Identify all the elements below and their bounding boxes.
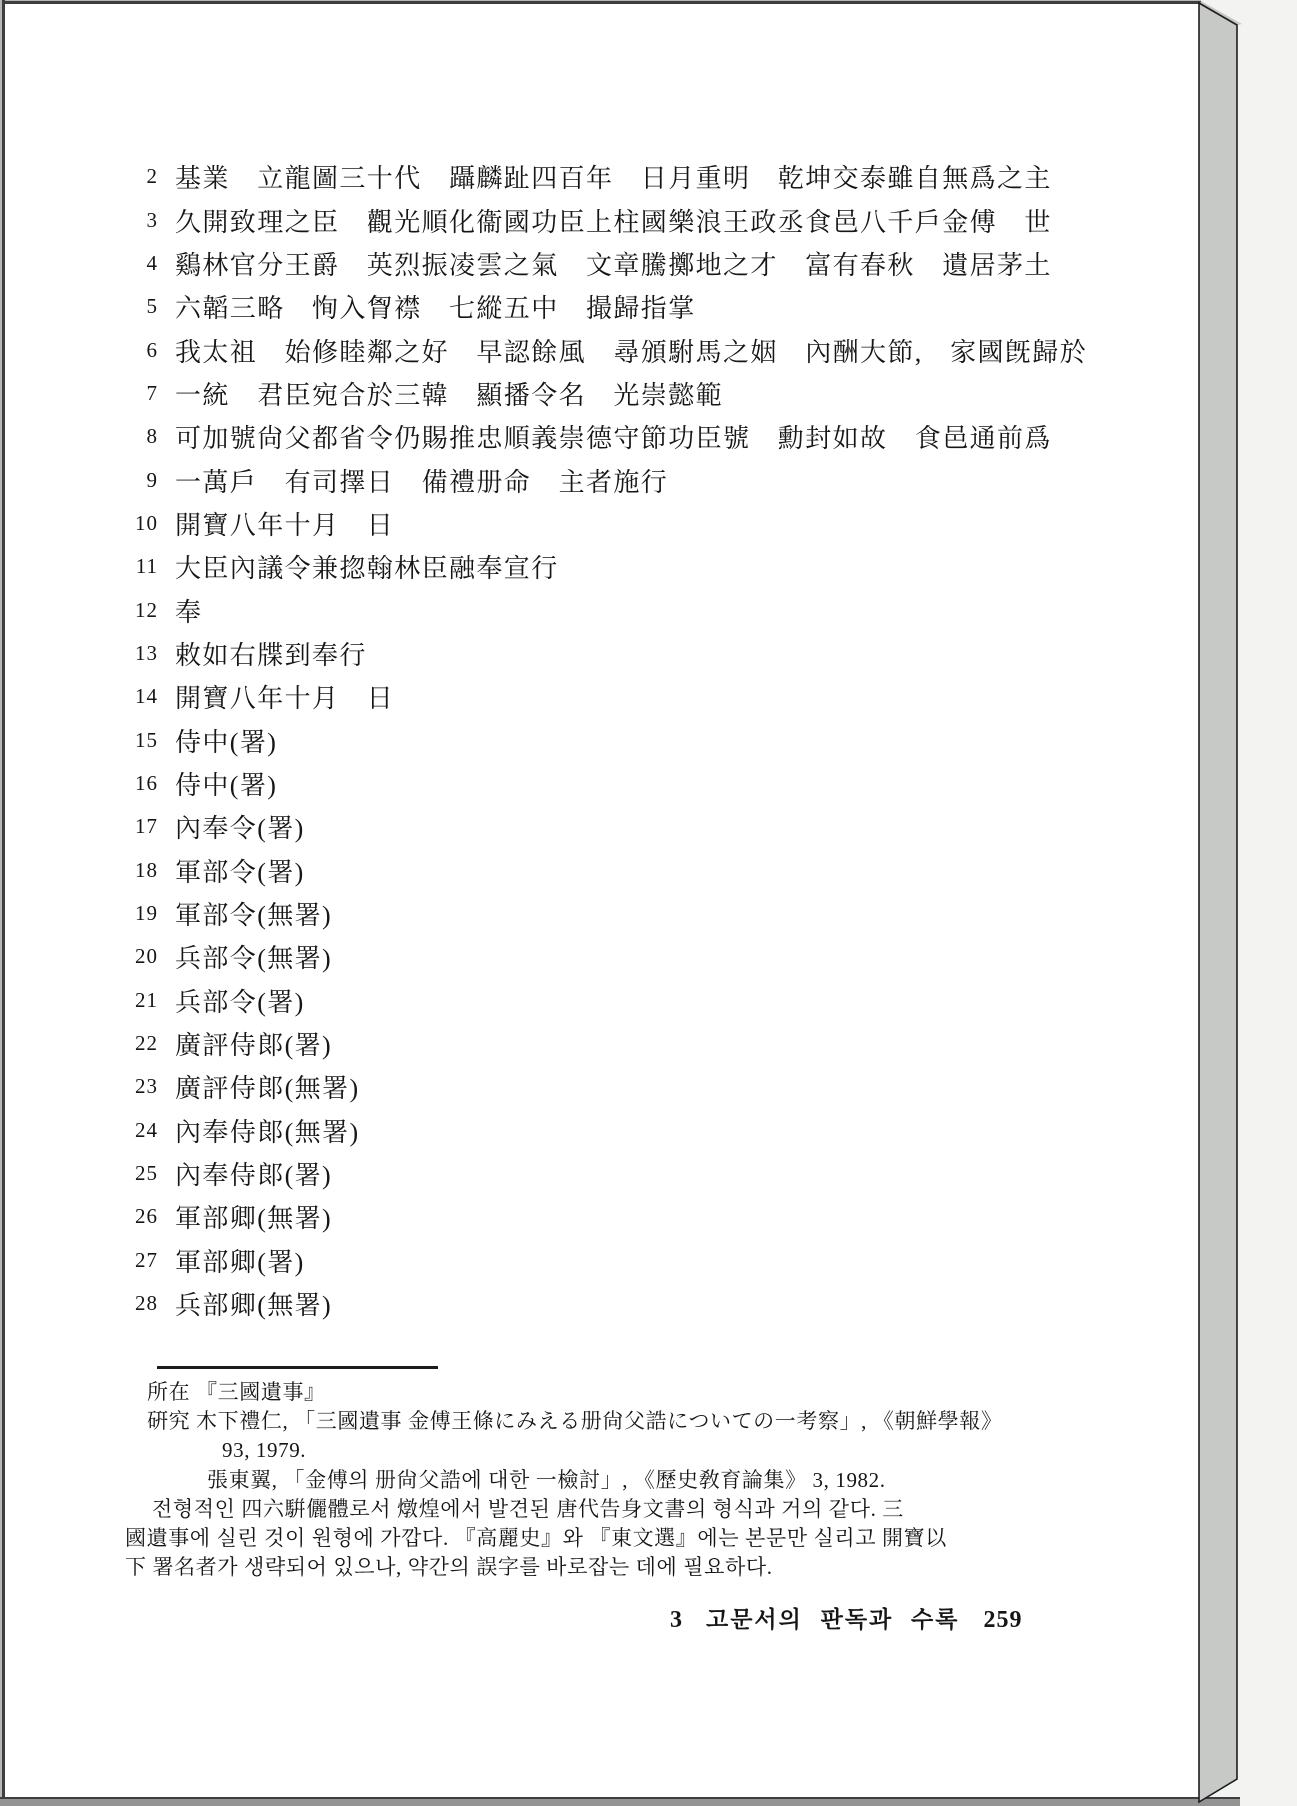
line-number: 28: [130, 1291, 158, 1316]
line-number: 21: [130, 988, 158, 1013]
book-left-edge: [0, 0, 5, 1801]
note-paragraph-line: 國遺事에 실린 것이 원형에 가깝다. 『高麗史』와 『東文選』에는 본문만 실…: [125, 1524, 1135, 1553]
note-item: 所在 『三國遺事』: [147, 1378, 1135, 1407]
transcription-line: 15侍中(署): [130, 718, 1087, 761]
line-number: 7: [130, 381, 158, 406]
transcription-line: 7一統 君臣宛合於三韓 顯播令名 光崇懿範: [130, 372, 1087, 415]
line-number: 19: [130, 901, 158, 926]
line-text: 廣評侍郞(無署): [175, 1068, 360, 1105]
line-number: 15: [130, 728, 158, 753]
transcription-line: 14開寶八年十月 日: [130, 675, 1087, 718]
book-bottom-edge: [0, 1797, 1240, 1806]
line-number: 14: [130, 684, 158, 709]
footer-section-title: 고문서의 판독과 수록: [706, 1601, 959, 1634]
transcription-line: 5六韜三略 恂入胷襟 七縱五中 撮歸指掌: [130, 285, 1087, 328]
transcription-line: 22廣評侍郞(署): [130, 1022, 1087, 1065]
line-text: 內奉侍郞(署): [175, 1155, 332, 1192]
footnote-rule: [157, 1366, 438, 1369]
line-text: 侍中(署): [175, 765, 277, 802]
line-number: 26: [130, 1204, 158, 1229]
transcription-line: 25內奉侍郞(署): [130, 1152, 1087, 1195]
line-number: 23: [130, 1074, 158, 1099]
line-text: 兵部令(無署): [175, 938, 332, 975]
transcription-line: 8可加號尙父都省令仍賜推忠順義崇德守節功臣號 勳封如故 食邑通前爲: [130, 415, 1087, 458]
line-text: 廣評侍郞(署): [175, 1025, 332, 1062]
note-item: 張東翼, 「金傅의 册尙父誥에 대한 一檢討」, 《歷史敎育論集》 3, 198…: [207, 1466, 1135, 1495]
transcription-line: 9一萬戶 有司擇日 備禮册命 主者施行: [130, 458, 1087, 501]
line-number: 17: [130, 814, 158, 839]
line-number: 20: [130, 944, 158, 969]
line-number: 25: [130, 1161, 158, 1186]
transcription-line: 26軍部卿(無署): [130, 1195, 1087, 1238]
line-text: 軍部令(無署): [175, 895, 332, 932]
line-text: 侍中(署): [175, 722, 277, 759]
line-text: 兵部卿(無署): [175, 1285, 332, 1322]
transcription-line: 19軍部令(無署): [130, 892, 1087, 935]
line-text: 基業 立龍圖三十代 躡麟趾四百年 日月重明 乾坤交泰雖自無爲之主: [175, 158, 1052, 195]
line-number: 9: [130, 468, 158, 493]
transcription-line: 11大臣內議令兼㧾翰林臣融奉宣行: [130, 545, 1087, 588]
transcription-line: 27軍部卿(署): [130, 1239, 1087, 1282]
line-text: 可加號尙父都省令仍賜推忠順義崇德守節功臣號 勳封如故 食邑通前爲: [175, 418, 1052, 455]
line-text: 軍部卿(無署): [175, 1198, 332, 1235]
line-text: 內奉令(署): [175, 808, 305, 845]
line-number: 16: [130, 771, 158, 796]
page-edge-face: [1199, 3, 1237, 1802]
line-text: 軍部卿(署): [175, 1242, 305, 1279]
transcription-line: 16侍中(署): [130, 762, 1087, 805]
line-text: 大臣內議令兼㧾翰林臣融奉宣行: [175, 548, 559, 585]
running-footer: 3 고문서의 판독과 수록 259: [670, 1601, 1022, 1634]
transcription-line: 18軍部令(署): [130, 849, 1087, 892]
line-number: 3: [130, 208, 158, 233]
line-number: 13: [130, 641, 158, 666]
line-number: 4: [130, 251, 158, 276]
page-edge: [1196, 0, 1297, 1806]
transcription-line: 6我太祖 始修睦鄰之好 早認餘風 尋頒駙馬之姻 內酬大節, 家國旣歸於: [130, 328, 1087, 371]
line-text: 鷄林官分王爵 英烈振凌雲之氣 文章騰擲地之才 富有春秋 遺居茅土: [175, 245, 1052, 282]
line-text: 開寶八年十月 日: [175, 505, 394, 542]
line-number: 18: [130, 858, 158, 883]
transcription-line: 28兵部卿(無署): [130, 1282, 1087, 1325]
note-item: 93, 1979.: [222, 1436, 1135, 1465]
transcription-line: 13敕如右牒到奉行: [130, 632, 1087, 675]
line-number: 27: [130, 1248, 158, 1273]
line-text: 久開致理之臣 觀光順化衞國功臣上柱國樂浪王政丞食邑八千戶金傅 世: [175, 202, 1052, 239]
note-paragraph-line: 下 署名者가 생략되어 있으나, 약간의 誤字를 바로잡는 데에 필요하다.: [125, 1553, 1135, 1582]
note-item: 硏究 木下禮仁, 「三國遺事 金傅王條にみえる册尙父誥についての一考察」, 《朝…: [147, 1407, 1135, 1436]
line-number: 22: [130, 1031, 158, 1056]
line-number: 24: [130, 1118, 158, 1143]
line-text: 奉: [175, 592, 202, 629]
note-paragraph-line: 전형적인 四六騈儷體로서 燉煌에서 발견된 唐代告身文書의 형식과 거의 같다.…: [152, 1495, 1135, 1524]
line-text: 兵部令(署): [175, 982, 305, 1019]
transcription-line: 23廣評侍郞(無署): [130, 1065, 1087, 1108]
line-number: 5: [130, 294, 158, 319]
line-number: 2: [130, 164, 158, 189]
line-number: 12: [130, 598, 158, 623]
line-number: 8: [130, 424, 158, 449]
line-text: 我太祖 始修睦鄰之好 早認餘風 尋頒駙馬之姻 內酬大節, 家國旣歸於: [175, 332, 1087, 369]
transcription-line: 17內奉令(署): [130, 805, 1087, 848]
line-number: 10: [130, 511, 158, 536]
line-text: 六韜三略 恂入胷襟 七縱五中 撮歸指掌: [175, 288, 696, 325]
footnote-block: 所在 『三國遺事』硏究 木下禮仁, 「三國遺事 金傅王條にみえる册尙父誥について…: [125, 1378, 1135, 1582]
line-text: 軍部令(署): [175, 852, 305, 889]
book-top-edge: [0, 0, 1201, 4]
transcription-line: 12奉: [130, 588, 1087, 631]
transcription-line: 21兵部令(署): [130, 979, 1087, 1022]
footer-page-number: 259: [983, 1607, 1022, 1634]
transcription-line: 20兵部令(無署): [130, 935, 1087, 978]
line-number: 11: [130, 554, 158, 579]
line-text: 敕如右牒到奉行: [175, 635, 367, 672]
transcription-list: 2基業 立龍圖三十代 躡麟趾四百年 日月重明 乾坤交泰雖自無爲之主3久開致理之臣…: [130, 155, 1087, 1325]
line-text: 開寶八年十月 日: [175, 678, 394, 715]
line-text: 內奉侍郞(無署): [175, 1112, 360, 1149]
footer-section-number: 3: [670, 1607, 682, 1634]
transcription-line: 10開寶八年十月 日: [130, 502, 1087, 545]
line-text: 一萬戶 有司擇日 備禮册命 主者施行: [175, 462, 668, 499]
transcription-line: 4鷄林官分王爵 英烈振凌雲之氣 文章騰擲地之才 富有春秋 遺居茅土: [130, 242, 1087, 285]
transcription-line: 3久開致理之臣 觀光順化衞國功臣上柱國樂浪王政丞食邑八千戶金傅 世: [130, 198, 1087, 241]
line-text: 一統 君臣宛合於三韓 顯播令名 光崇懿範: [175, 375, 723, 412]
transcription-line: 2基業 立龍圖三十代 躡麟趾四百年 日月重明 乾坤交泰雖自無爲之主: [130, 155, 1087, 198]
transcription-line: 24內奉侍郞(無署): [130, 1109, 1087, 1152]
line-number: 6: [130, 338, 158, 363]
